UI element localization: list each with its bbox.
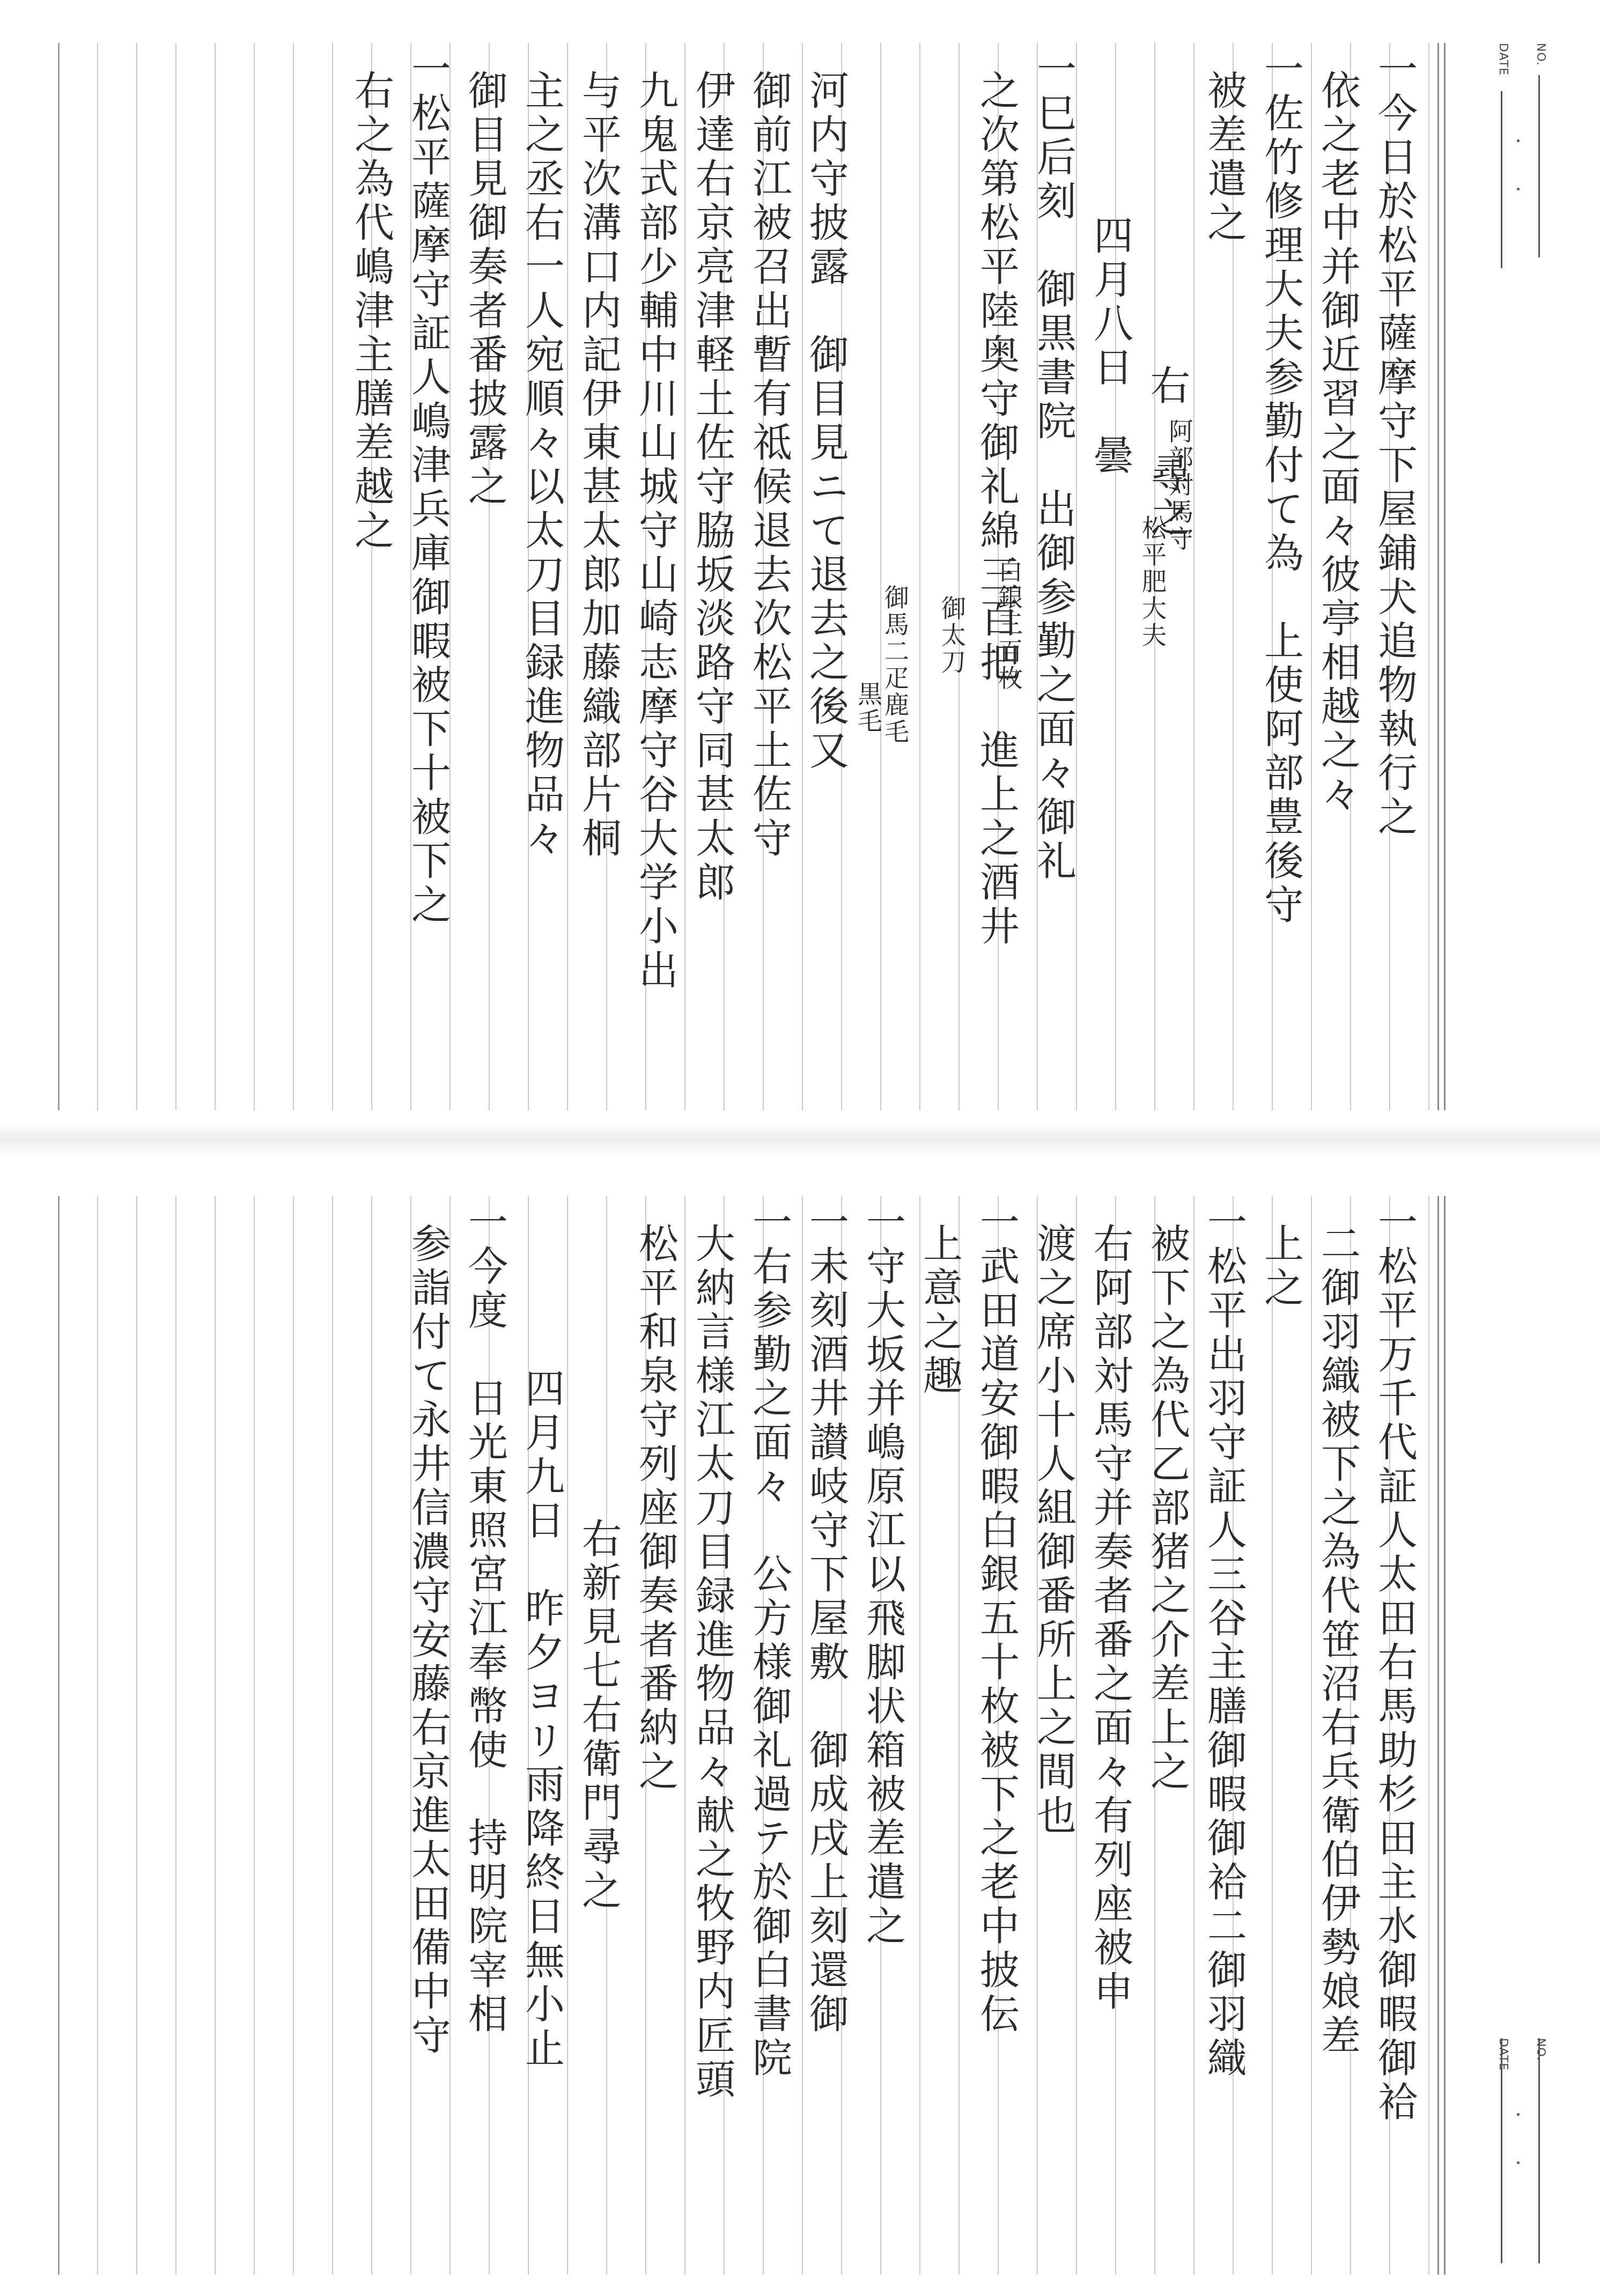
handwritten-text-columns: 一今日於松平薩摩守下屋鋪犬追物執行之依之老中并御近習之面々彼亭相越之々一佐竹修理… [343,48,1423,1110]
text-column: 一右参勤之面々 公方様御礼過テ於御白書院 [741,1201,798,2263]
handwritten-line: 右阿部対馬守并奏者番之面々有列座被申 [1082,1223,1139,2014]
handwritten-line: 一今度 日光東照宮江奉幣使 持明院宰相 [456,1201,513,2037]
text-column: 一松平出羽守証人三谷主膳御暇御袷二御羽織 [1196,1201,1252,2263]
text-column: 一武田道安御暇白銀五十枚被下之老中披伝 [968,1201,1025,2263]
handwritten-line: 四月八日 曇 [1082,215,1139,478]
text-column: 伊達右京亮津軽土佐守脇坂淡路守同甚太郎 [684,48,741,1110]
handwritten-line: 右之為代嶋津主膳差越之 [343,70,400,553]
date-separator [1517,139,1520,142]
text-column: 一守大坂并嶋原江以飛脚状箱被差遣之 [854,1201,911,2263]
interlinear-annotation: 黒毛 [854,681,882,735]
text-column: 右阿部対馬守并奏者番之面々有列座被申 [1082,1201,1139,2263]
text-column: 河内守披露 御目見ニて退去之後又 [798,48,854,1110]
date-label: DATE [1496,2038,1510,2071]
date-separator [1517,2161,1520,2164]
no-label: NO. [1534,43,1547,66]
interlinear-annotation: 御馬二疋鹿毛 [881,585,909,745]
date-label: DATE [1496,43,1510,76]
text-column: 与平次溝口内記伊東甚太郎加藤織部片桐 [570,48,627,1110]
handwritten-line: 一佐竹修理大夫参勤付て為 上使阿部豊後守 [1252,48,1309,928]
handwritten-line: 上之 [1252,1223,1309,1311]
text-column: 右之為代嶋津主膳差越之 [343,48,400,1110]
date-separator [1517,2113,1520,2116]
text-column: 渡之席小十人組御番所上之間也 [1025,1201,1082,2263]
no-field-line [1538,75,1540,257]
handwritten-line: 一巳后刻 御黒書院 出御参勤之面々御礼 [1025,48,1082,884]
text-column: 右 尋之阿部対馬守松平肥大夫 [1139,48,1196,1110]
text-column: 被下之為代乙部猪之介差上之 [1139,1201,1196,2263]
handwritten-line: 一松平万千代証人太田右馬助杉田主水御暇御袷 [1366,1201,1423,2125]
no-field-line [1538,2038,1540,2263]
interlinear-annotation: 阿部対馬守 [1166,418,1193,552]
handwritten-line: 被差遣之 [1196,70,1252,246]
notebook-page-top: NO. DATE 一今日於松平薩摩守下屋鋪犬追物執行之依之老中并御近習之面々彼亭… [0,0,1600,1132]
date-field-line [1501,2038,1502,2263]
text-column: 上之 [1252,1201,1309,2263]
text-column: 一松平薩摩守証人嶋津兵庫御暇被下十被下之 [400,48,456,1110]
text-column: 御太刀 [911,48,968,1110]
margin-double-line [1437,43,1439,1110]
handwritten-line: 一右参勤之面々 公方様御礼過テ於御白書院 [741,1201,798,2081]
handwritten-line: 渡之席小十人組御番所上之間也 [1025,1223,1082,1839]
text-column: 之次第松平陸奥守御礼綿三百把 進上之酒井白銀三百枚 [968,48,1025,1110]
text-column: 一巳后刻 御黒書院 出御参勤之面々御礼 [1025,48,1082,1110]
notebook-page-bottom: NO. DATE 一松平万千代証人太田右馬助杉田主水御暇御袷二御羽織被下之為代笹… [0,1153,1600,2296]
text-column: 一今日於松平薩摩守下屋鋪犬追物執行之 [1366,48,1423,1110]
handwritten-line: 九鬼式部少輔中川山城守山崎志摩守谷大学小出 [627,70,684,993]
text-column: 二御羽織被下之為代笹沼右兵衛伯伊勢娘差 [1309,1201,1366,2263]
text-column: 一松平万千代証人太田右馬助杉田主水御暇御袷 [1366,1201,1423,2263]
text-column: 大納言様江太刀目録進物品々献之牧野内匠頭 [684,1201,741,2263]
handwritten-line: 二御羽織被下之為代笹沼右兵衛伯伊勢娘差 [1309,1223,1366,2058]
handwritten-line: 右新見七右衛門尋之 [570,1518,627,1914]
no-label: NO. [1534,2038,1547,2061]
page-left-edge [58,1196,60,2275]
margin-double-line [1437,1196,1439,2275]
handwritten-line: 一今日於松平薩摩守下屋鋪犬追物執行之 [1366,48,1423,840]
text-column: 被差遣之 [1196,48,1252,1110]
handwritten-line: 松平和泉守列座御奏者番納之 [627,1223,684,1795]
text-column: 一佐竹修理大夫参勤付て為 上使阿部豊後守 [1252,48,1309,1110]
handwritten-line: 御目見御奏者番披露之 [456,70,513,510]
handwritten-line: 河内守披露 御目見ニて退去之後又 [798,70,854,773]
text-column: 一未刻酒井讃岐守下屋敷 御成戌上刻還御 [798,1201,854,2263]
date-separator [1517,188,1520,190]
interlinear-annotation: 御太刀 [938,595,966,676]
date-field-line [1501,91,1502,268]
page-header-fields: NO. DATE [1496,2038,1555,2263]
text-column: 上意之趣 [911,1201,968,2263]
handwritten-line: 一守大坂并嶋原江以飛脚状箱被差遣之 [854,1201,911,1949]
handwritten-line: 参詣付て永井信濃守安藤右京進太田備中守 [400,1223,456,2058]
text-column: 御目見御奏者番披露之 [456,48,513,1110]
margin-double-line [1444,43,1446,1110]
handwritten-line: 被下之為代乙部猪之介差上之 [1139,1223,1196,1795]
handwritten-line: 主之丞右一人宛順々以太刀目録進物品々 [513,70,570,861]
handwritten-line: 一松平出羽守証人三谷主膳御暇御袷二御羽織 [1196,1201,1252,2081]
text-column: 御馬二疋鹿毛黒毛 [854,48,911,1110]
handwritten-line: 上意之趣 [911,1223,968,1399]
text-column: 右新見七右衛門尋之 [570,1201,627,2263]
interlinear-annotation: 松平肥大夫 [1139,515,1167,649]
handwritten-line: 一未刻酒井讃岐守下屋敷 御成戌上刻還御 [798,1201,854,2037]
text-column: 参詣付て永井信濃守安藤右京進太田備中守 [400,1201,456,2263]
text-column: 一今度 日光東照宮江奉幣使 持明院宰相 [456,1201,513,2263]
text-column: 依之老中并御近習之面々彼亭相越之々 [1309,48,1366,1110]
handwritten-line: 四月九日 昨夕ヨリ雨降終日無小止 [513,1368,570,2071]
text-column: 九鬼式部少輔中川山城守山崎志摩守谷大学小出 [627,48,684,1110]
text-column: 四月八日 曇 [1082,48,1139,1110]
text-column: 松平和泉守列座御奏者番納之 [627,1201,684,2263]
handwritten-line: 伊達右京亮津軽土佐守脇坂淡路守同甚太郎 [684,70,741,905]
interlinear-annotation: 白銀三百枚 [995,558,1023,692]
handwritten-line: 之次第松平陸奥守御礼綿三百把 進上之酒井 [968,70,1025,949]
handwritten-line: 一松平薩摩守証人嶋津兵庫御暇被下十被下之 [400,48,456,928]
text-column: 御前江被召出暫有祗候退去次松平土佐守 [741,48,798,1110]
handwritten-line: 与平次溝口内記伊東甚太郎加藤織部片桐 [570,70,627,861]
page-header-fields: NO. DATE [1496,43,1555,268]
text-column: 主之丞右一人宛順々以太刀目録進物品々 [513,48,570,1110]
handwritten-line: 御前江被召出暫有祗候退去次松平土佐守 [741,70,798,861]
page-left-edge [58,43,60,1110]
margin-double-line [1444,1196,1446,2275]
handwritten-line: 大納言様江太刀目録進物品々献之牧野内匠頭 [684,1223,741,2102]
text-column: 四月九日 昨夕ヨリ雨降終日無小止 [513,1201,570,2263]
handwritten-line: 依之老中并御近習之面々彼亭相越之々 [1309,70,1366,817]
handwritten-text-columns: 一松平万千代証人太田右馬助杉田主水御暇御袷二御羽織被下之為代笹沼右兵衛伯伊勢娘差… [400,1201,1423,2263]
handwritten-line: 一武田道安御暇白銀五十枚被下之老中披伝 [968,1201,1025,2037]
